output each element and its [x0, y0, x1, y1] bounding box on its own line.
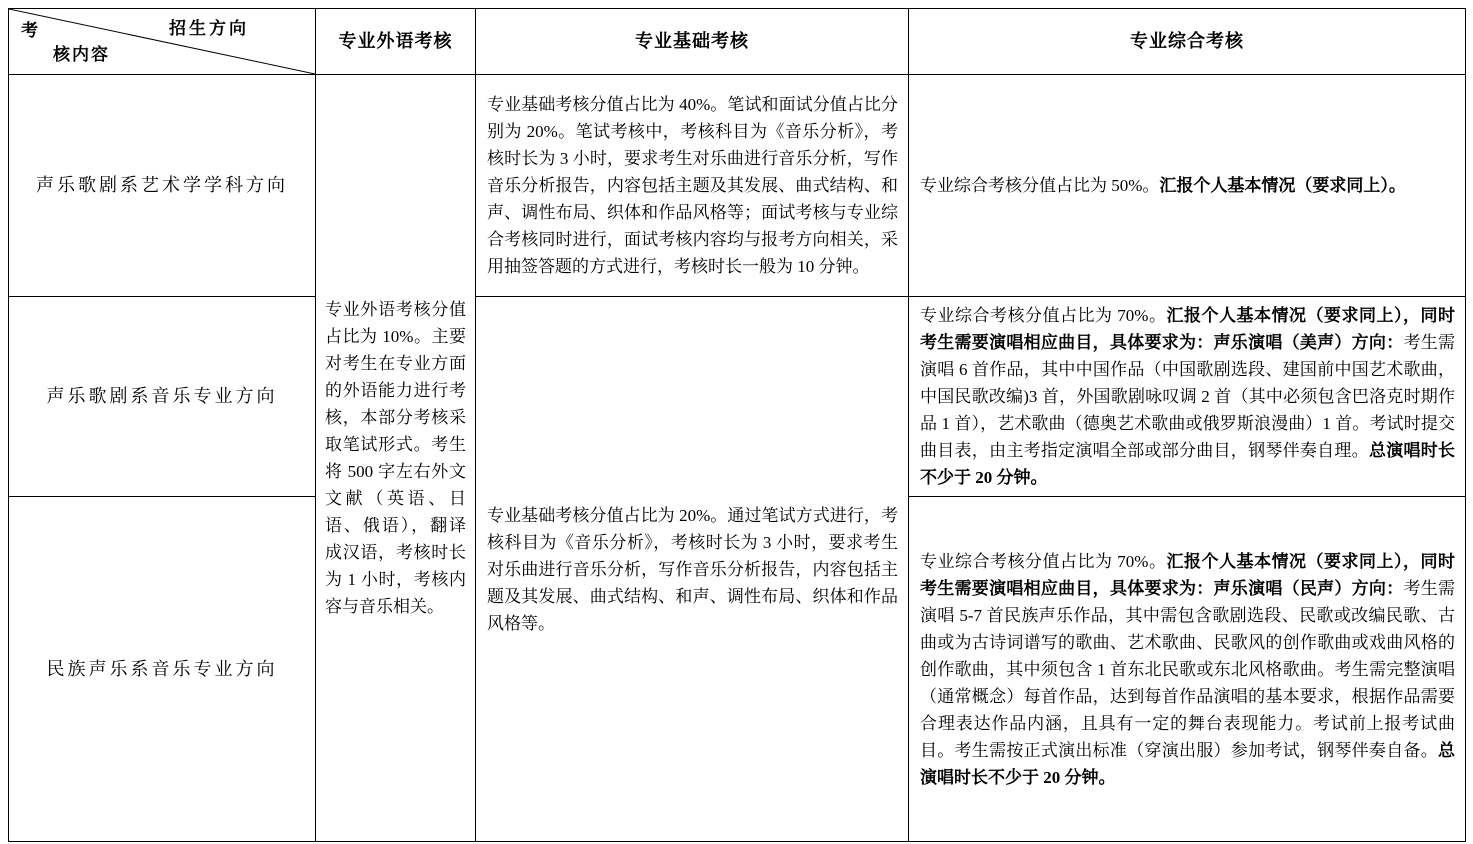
row3-direction-label: 民族声乐系音乐专业方向	[9, 497, 316, 842]
comprehensive-row2-cell: 专业综合考核分值占比为 70%。汇报个人基本情况（要求同上），同时考生需要演唱相…	[909, 297, 1466, 497]
corner-label-content-line1: 考	[21, 17, 38, 44]
basic-exam-row1-cell: 专业基础考核分值占比为 40%。笔试和面试分值占比分别为 20%。笔试考核中，考…	[476, 75, 909, 297]
diagonal-split: 招生方向 考 核内容	[9, 9, 315, 74]
table-row: 声乐歌剧系艺术学学科方向 专业外语考核分值占比为 10%。主要对考生在专业方面的…	[9, 75, 1466, 297]
basic-exam-rows23-cell: 专业基础考核分值占比为 20%。通过笔试方式进行，考核科目为《音乐分析》，考核时…	[476, 297, 909, 842]
corner-header-cell: 招生方向 考 核内容	[9, 9, 316, 75]
corner-label-direction: 招生方向	[169, 15, 249, 42]
table-row: 声乐歌剧系音乐专业方向 专业基础考核分值占比为 20%。通过笔试方式进行，考核科…	[9, 297, 1466, 497]
comprehensive-row3-segment: 考生需演唱 5-7 首民族声乐作品，其中需包含歌剧选段、民歌或改编民歌、古曲或为…	[920, 579, 1455, 760]
comprehensive-row3-cell: 专业综合考核分值占比为 70%。汇报个人基本情况（要求同上），同时考生需要演唱相…	[909, 497, 1466, 842]
foreign-exam-cell: 专业外语考核分值占比为 10%。主要对考生在专业方面的外语能力进行考核，本部分考…	[316, 75, 476, 842]
column-header-basic-exam: 专业基础考核	[476, 9, 909, 75]
column-header-foreign-exam: 专业外语考核	[316, 9, 476, 75]
comprehensive-row1-segment: 专业综合考核分值占比为 50%。	[920, 176, 1159, 195]
comprehensive-row3-segment: 专业综合考核分值占比为 70%。	[920, 552, 1166, 571]
comprehensive-row2-segment: 专业综合考核分值占比为 70%。	[920, 306, 1166, 325]
row1-direction-label: 声乐歌剧系艺术学学科方向	[9, 75, 316, 297]
column-header-comprehensive-exam: 专业综合考核	[909, 9, 1466, 75]
comprehensive-row1-cell: 专业综合考核分值占比为 50%。汇报个人基本情况（要求同上）。	[909, 75, 1466, 297]
corner-label-content-line2: 核内容	[53, 41, 110, 68]
document-page: 招生方向 考 核内容 专业外语考核 专业基础考核 专业综合考核 声乐歌剧系艺术学…	[0, 0, 1473, 844]
exam-requirements-table: 招生方向 考 核内容 专业外语考核 专业基础考核 专业综合考核 声乐歌剧系艺术学…	[8, 8, 1466, 842]
row2-direction-label: 声乐歌剧系音乐专业方向	[9, 297, 316, 497]
comprehensive-row1-segment-bold: 汇报个人基本情况（要求同上）。	[1159, 176, 1406, 195]
